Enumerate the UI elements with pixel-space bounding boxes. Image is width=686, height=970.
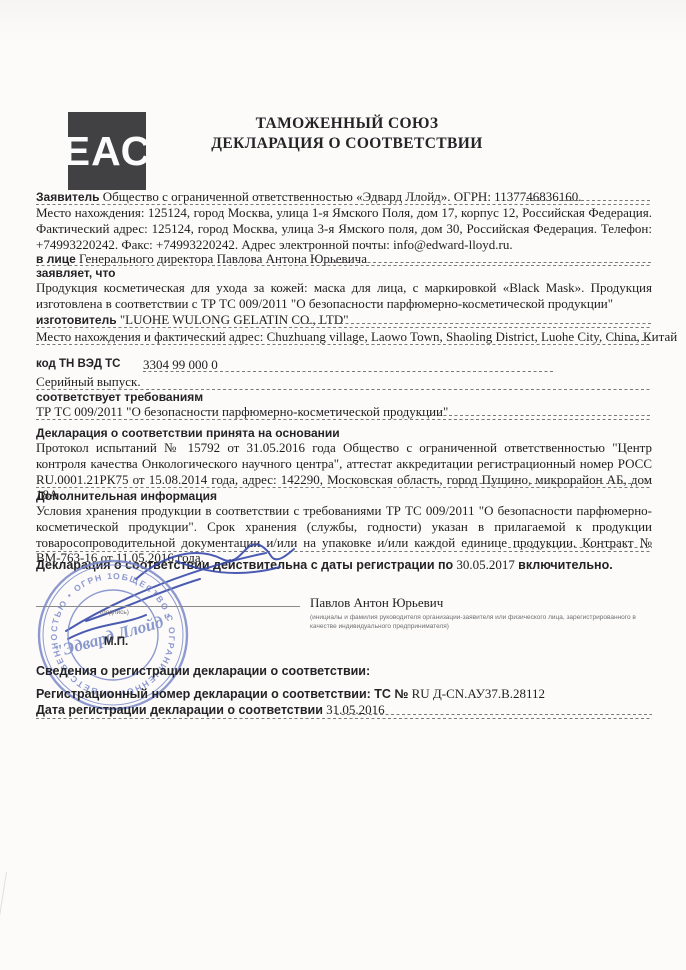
dashed-rule (36, 486, 652, 488)
conforms-label: соответствует требованиям (36, 390, 652, 405)
dashed-fill (452, 482, 652, 484)
validity-date: 30.05.2017 (456, 557, 515, 572)
applicant-address: Место нахождения: 125124, город Москва, … (36, 205, 652, 252)
dashed-fill (143, 370, 555, 372)
manufacturer-label: изготовитель (36, 313, 117, 327)
stamp-place-label: М.П. (104, 636, 128, 648)
validity-suffix: включительно. (518, 558, 613, 572)
dashed-fill (296, 322, 652, 324)
dashed-fill (508, 546, 652, 548)
document-title-line1: ТАМОЖЕННЫЙ СОЮЗ (0, 115, 686, 133)
scan-paper-edge (0, 872, 7, 963)
dashed-fill (318, 261, 652, 263)
product-description: Продукция косметическая для ухода за кож… (36, 280, 652, 312)
tnved-row: код ТН ВЭД ТС (36, 358, 120, 370)
signature-caption: (подпись) (100, 609, 129, 618)
dashed-rule (36, 717, 652, 719)
manufacturer-value: "LUOHE WULONG GELATIN CO., LTD" (120, 312, 349, 327)
conforms-value: ТР ТС 009/2011 "О безопасности парфюмерн… (36, 404, 652, 419)
registration-number-row: Регистрационный номер декларации о соотв… (36, 686, 652, 702)
declares-label: заявляет, что (36, 266, 652, 281)
dashed-rule (36, 326, 652, 328)
signature-line (36, 606, 300, 607)
registration-date-row: Дата регистрации декларации о соответств… (36, 702, 652, 718)
registration-heading: Сведения о регистрации декларации о соот… (36, 664, 652, 679)
serial-row: Серийный выпуск. (36, 374, 652, 389)
dashed-rule (36, 418, 652, 420)
registration-number-label: Регистрационный номер декларации о соотв… (36, 687, 408, 701)
basis-label: Декларация о соответствии принята на осн… (36, 426, 652, 441)
applicant-value: Общество с ограниченной ответственностью… (103, 189, 582, 204)
dashed-fill (526, 199, 652, 201)
signatory-name-note: (инициалы и фамилия руководителя организ… (310, 614, 658, 631)
dashed-fill (416, 414, 652, 416)
additional-label: Дополнительная информация (36, 489, 652, 504)
document-title-line2: ДЕКЛАРАЦИЯ О СООТВЕТСТВИИ (0, 135, 686, 153)
applicant-label: Заявитель (36, 190, 100, 204)
declaration-document: ЕАС ТАМОЖЕННЫЙ СОЮЗ ДЕКЛАРАЦИЯ О СООТВЕТ… (0, 0, 686, 970)
signatory-name: Павлов Антон Юрьевич (310, 595, 443, 611)
dashed-fill (336, 713, 652, 715)
tnved-label: код ТН ВЭД ТС (36, 358, 120, 370)
manufacturer-address: Место нахождения и фактический адрес: Ch… (36, 329, 652, 344)
dashed-fill (614, 339, 652, 341)
registration-date-label: Дата регистрации декларации о соответств… (36, 703, 323, 717)
dashed-rule (36, 343, 652, 345)
registration-number-value: RU Д-CN.АУ37.В.28112 (412, 686, 545, 701)
